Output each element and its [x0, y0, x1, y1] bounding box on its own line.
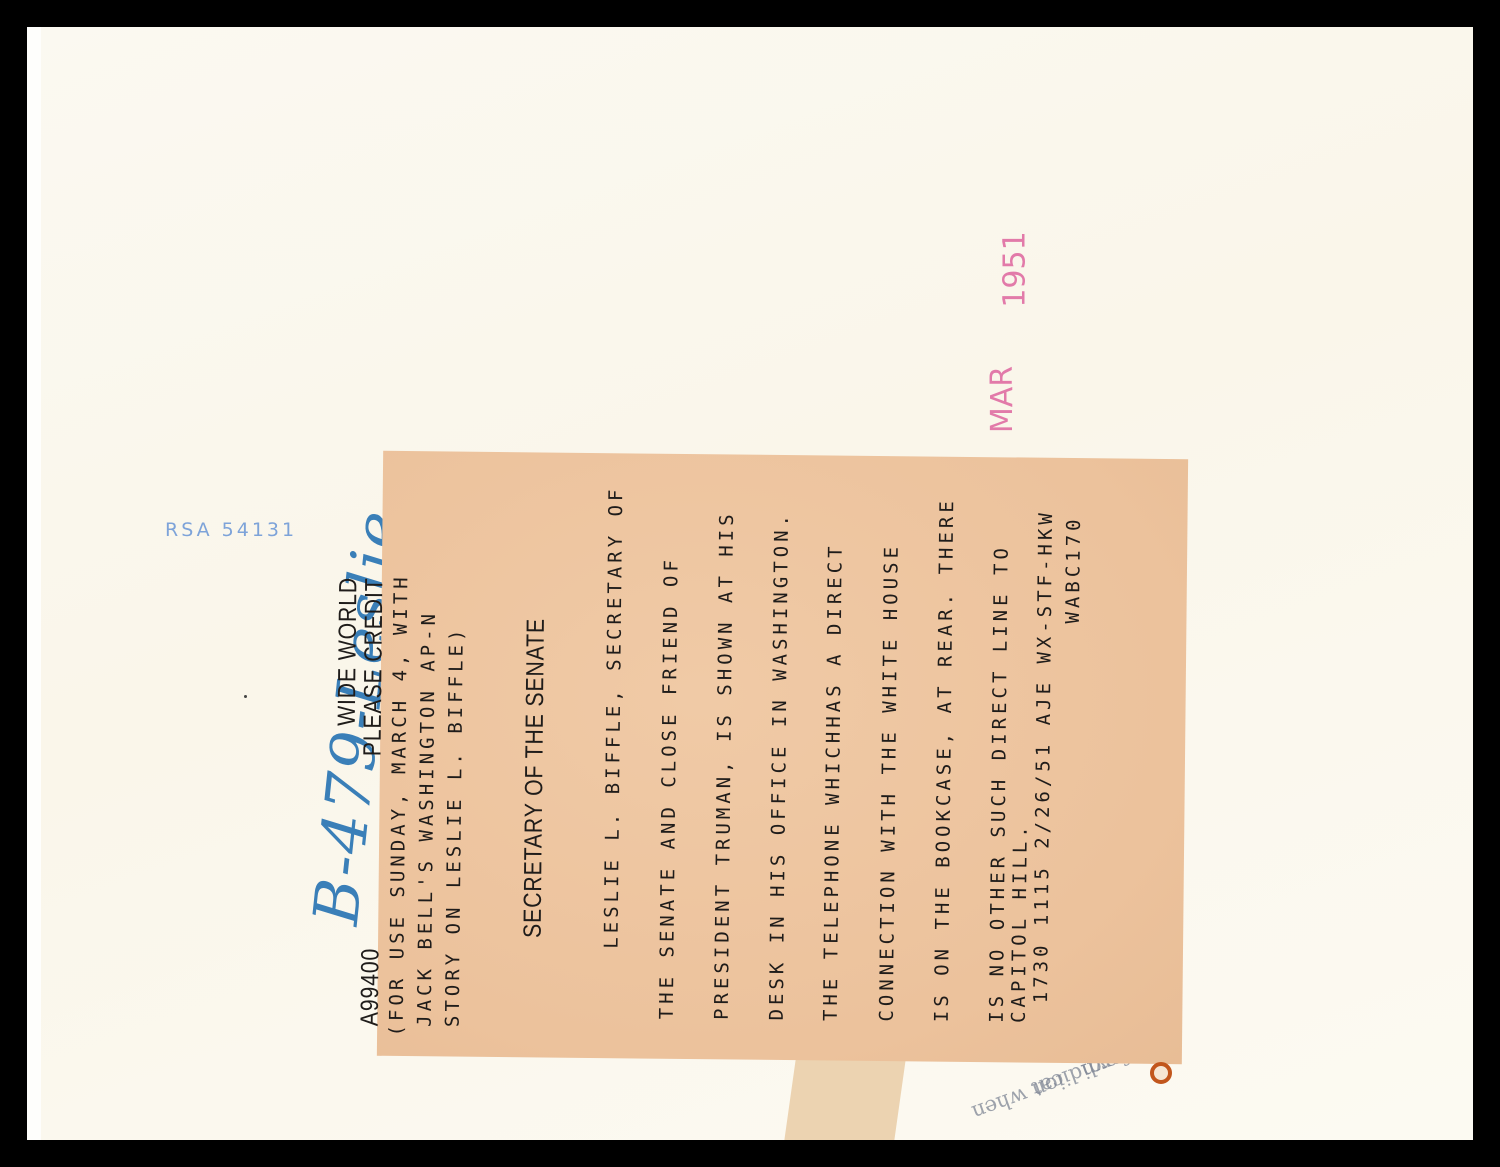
body-line: THE SENATE AND CLOSE FRIEND OF [655, 556, 682, 1019]
body-line: PRESIDENT TRUMAN, IS SHOWN AT HIS [710, 510, 737, 1020]
body-line: LESLIE L. BIFFLE, SECRETARY OF [600, 485, 627, 948]
footer-line: 1730 1115 2/26/51 AJE WX-STF-HKW [1029, 509, 1056, 1003]
date-stamp-month: MAR [985, 366, 1020, 433]
archive-code-stamp: RSA 54131 [165, 519, 297, 541]
caption-card: WIDE WORLD PLEASE CREDIT A99400 (FOR USE… [377, 451, 1188, 1064]
paper-edge [27, 27, 41, 1140]
rust-stain [1150, 1062, 1172, 1084]
caption-card-text: WIDE WORLD PLEASE CREDIT A99400 (FOR USE… [377, 451, 1188, 1064]
photo-id: A99400 [355, 947, 385, 1026]
footer-code: WABC170 [1061, 515, 1084, 623]
body-line: DESK IN HIS OFFICE IN WASHINGTON. [765, 510, 792, 1020]
headline: SECRETARY OF THE SENATE [518, 617, 550, 937]
glue-residue [784, 1055, 907, 1140]
usage-line: STORY ON LESLIE L. BIFFLE) [441, 625, 467, 1027]
body-line: THE TELEPHONE WHICHHAS A DIRECT [819, 542, 846, 1021]
body-line: CONNECTION WITH THE WHITE HOUSE [875, 542, 902, 1021]
body-line: IS ON THE BOOKCASE, AT REAR. THERE [930, 497, 957, 1022]
date-stamp-year: 1951 [998, 231, 1033, 307]
body-line: CAPITOL HILL. [1007, 822, 1031, 1023]
credit-line: PLEASE CREDIT [358, 577, 389, 756]
speck [244, 695, 247, 698]
usage-line: (FOR USE SUNDAY, MARCH 4, WITH [385, 573, 412, 1036]
usage-line: JACK BELL'S WASHINGTON AP-N [413, 609, 439, 1026]
